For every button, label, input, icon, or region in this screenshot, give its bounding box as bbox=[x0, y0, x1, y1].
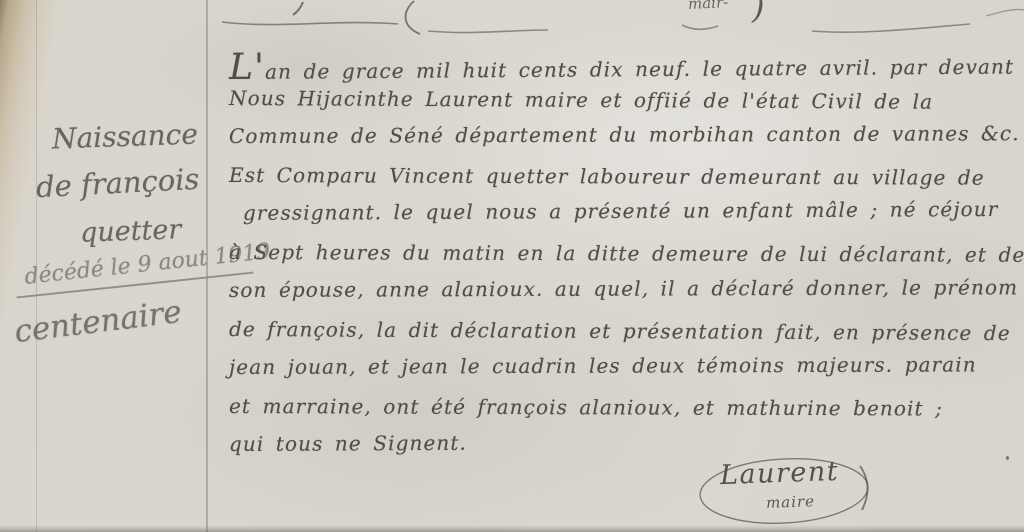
act-body-line: à Sept heures du matin en la ditte demeu… bbox=[229, 240, 1021, 281]
margin-note-quetter: quetter bbox=[79, 214, 181, 249]
act-body-line: jean jouan, et jean le cuadrin les deux … bbox=[229, 352, 1021, 393]
manuscript-scan: mair- ) Naissance de françois quetter dé… bbox=[0, 0, 1024, 532]
signature-name: Laurent bbox=[719, 456, 839, 491]
previous-act-closing-paren: ) bbox=[752, 0, 764, 26]
act-body-line: son épouse, anne alanioux. au quel, il a… bbox=[229, 275, 1021, 316]
margin-note-de-francois: de françois bbox=[35, 162, 200, 205]
act-body-line: gressignant. le quel nous a présenté un … bbox=[229, 197, 1021, 240]
act-body-line: qui tous ne Signent. bbox=[229, 428, 1021, 471]
margin-note-naissance: Naissance bbox=[51, 117, 198, 155]
margin-pencil-note-centenaire: centenaire bbox=[12, 294, 183, 350]
page-bottom-edge bbox=[0, 525, 1024, 532]
act-body-text: L'an de grace mil huit cents dix neuf. l… bbox=[229, 47, 1021, 471]
act-body-line: L'an de grace mil huit cents dix neuf. l… bbox=[229, 41, 1021, 85]
signature-title: maire bbox=[766, 492, 816, 512]
previous-act-flourish-strokes bbox=[0, 0, 1024, 48]
stray-ink-dot bbox=[1006, 456, 1009, 460]
act-body-line: Commune de Séné département du morbihan … bbox=[229, 121, 1021, 162]
previous-act-cutoff-word: mair- bbox=[688, 0, 729, 13]
